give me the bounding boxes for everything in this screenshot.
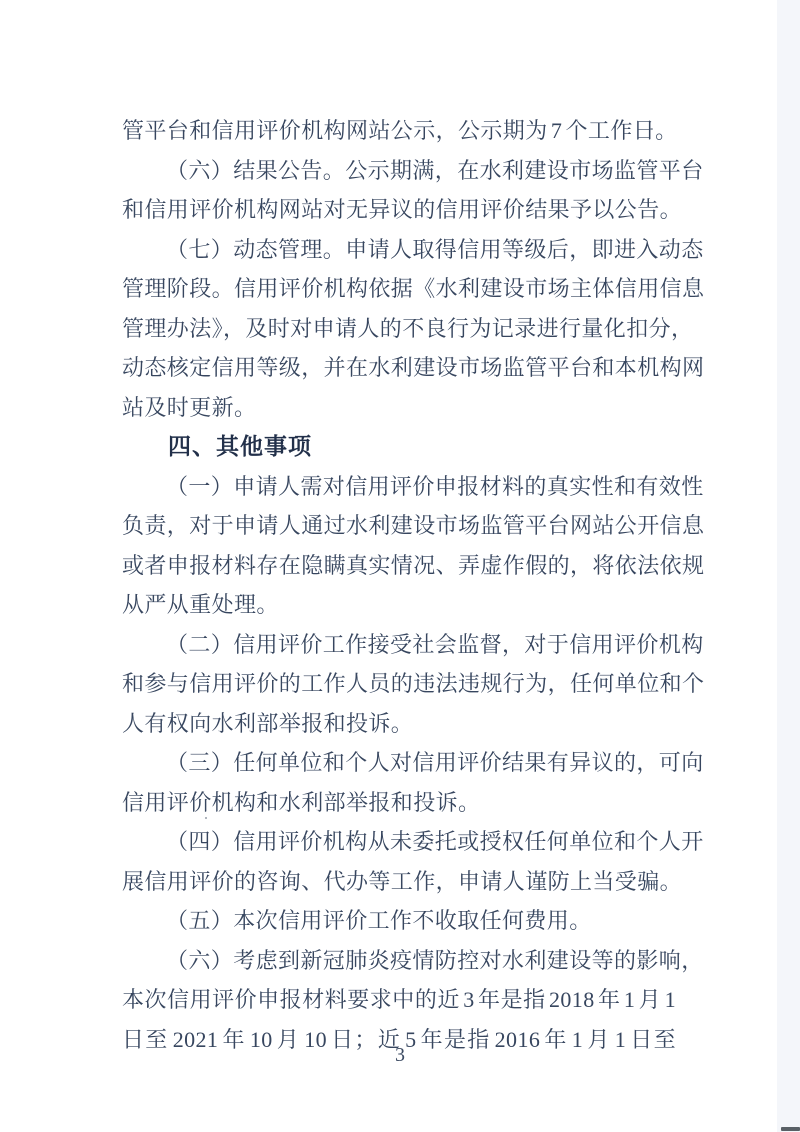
- text-line: （六）考虑到新冠肺炎疫情防控对水利建设等的影响，: [122, 941, 676, 981]
- document-page: 管平台和信用评价机构网站公示，公示期为 7 个工作日。 （六）结果公告。公示期满…: [0, 0, 800, 1132]
- text-line: 和参与信用评价的工作人员的违法违规行为，任何单位和个: [122, 664, 676, 704]
- text-line: 展信用评价的咨询、代办等工作，申请人谨防上当受骗。: [122, 862, 676, 902]
- text-line: 动态核定信用等级，并在水利建设市场监管平台和本机构网: [122, 348, 676, 388]
- document-body: 管平台和信用评价机构网站公示，公示期为 7 个工作日。 （六）结果公告。公示期满…: [122, 111, 676, 1059]
- text-line: 从严从重处理。: [122, 585, 676, 625]
- text-line: 站及时更新。: [122, 388, 676, 428]
- text-line: 人有权向水利部举报和投诉。: [122, 704, 676, 744]
- scan-edge-tint: [777, 0, 800, 1132]
- text-line: （六）结果公告。公示期满，在水利建设市场监管平台: [122, 151, 676, 191]
- scan-artifact-speck: [205, 817, 207, 819]
- scan-artifact-corner-mark: [781, 1127, 800, 1131]
- text-line: 或者申报材料存在隐瞒真实情况、弄虚作假的，将依法依规: [122, 546, 676, 586]
- text-line: 管理办法》，及时对申请人的不良行为记录进行量化扣分，: [122, 309, 676, 349]
- text-line: （一）申请人需对信用评价申报材料的真实性和有效性: [122, 467, 676, 507]
- text-line: 本次信用评价申报材料要求中的近 3 年是指 2018 年 1 月 1: [122, 980, 676, 1020]
- text-line: 管平台和信用评价机构网站公示，公示期为 7 个工作日。: [122, 111, 676, 151]
- text-line: 负责，对于申请人通过水利建设市场监管平台网站公开信息: [122, 506, 676, 546]
- text-line: （三）任何单位和个人对信用评价结果有异议的，可向: [122, 743, 676, 783]
- text-line: （五）本次信用评价工作不收取任何费用。: [122, 901, 676, 941]
- text-line: （七）动态管理。申请人取得信用等级后，即进入动态: [122, 230, 676, 270]
- page-number: 3: [0, 1042, 800, 1068]
- text-line: 管理阶段。信用评价机构依据《水利建设市场主体信用信息: [122, 269, 676, 309]
- scan-artifact-speck: [650, 128, 653, 130]
- text-line: （四）信用评价机构从未委托或授权任何单位和个人开: [122, 822, 676, 862]
- text-line: 和信用评价机构网站对无异议的信用评价结果予以公告。: [122, 190, 676, 230]
- section-heading: 四、其他事项: [122, 427, 676, 467]
- text-line: （二）信用评价工作接受社会监督，对于信用评价机构: [122, 625, 676, 665]
